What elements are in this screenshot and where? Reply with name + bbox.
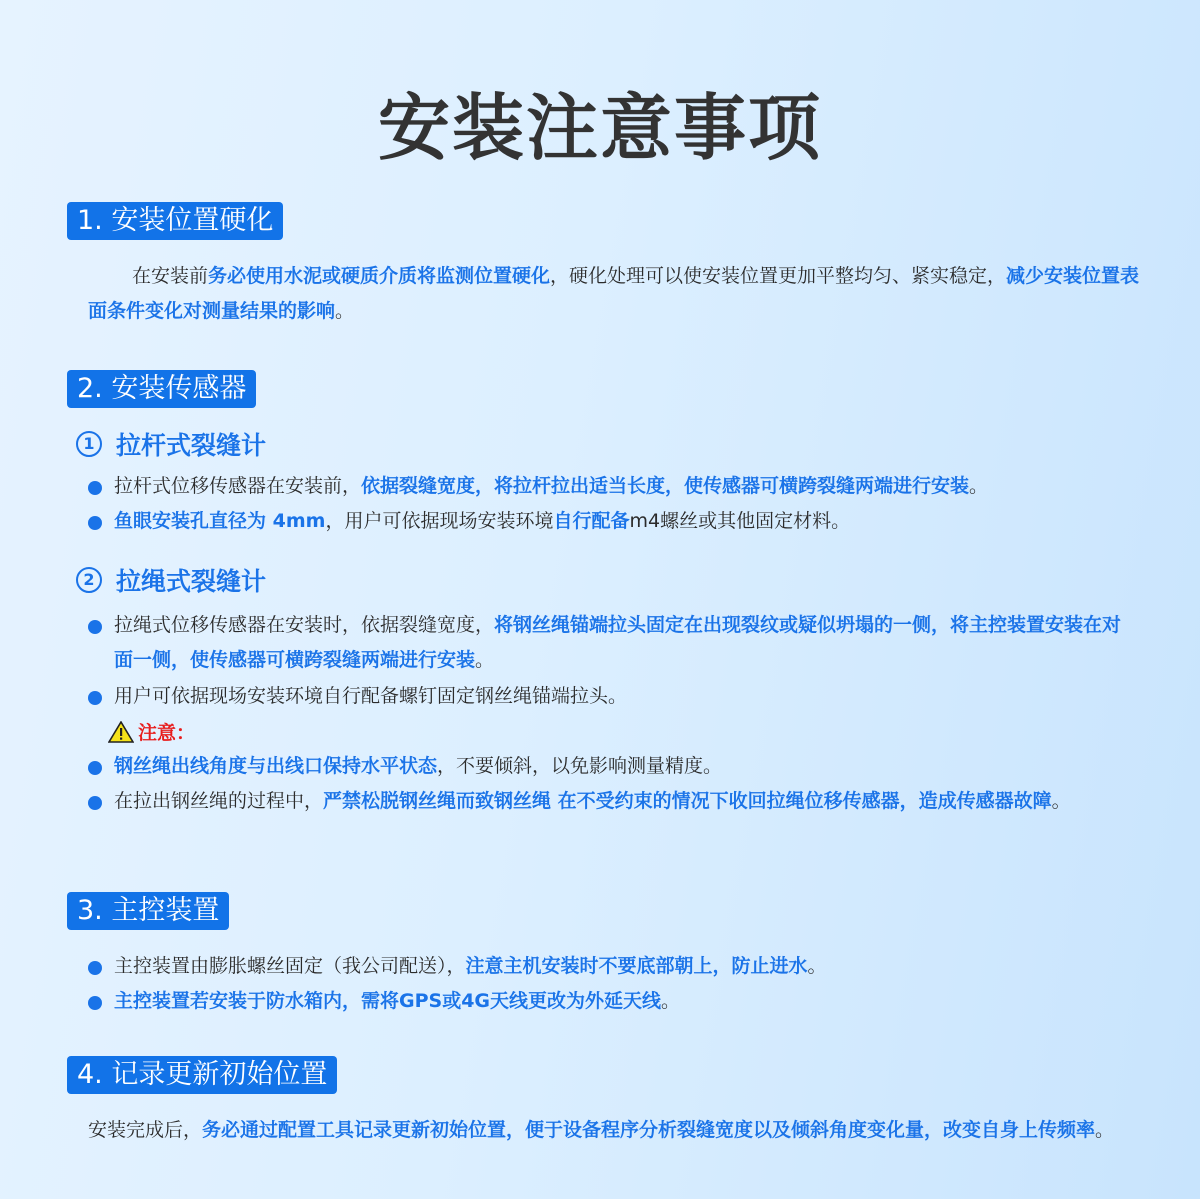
list-item: 钢丝绳出线角度与出线口保持水平状态，不要倾斜，以免影响测量精度。: [88, 749, 1140, 784]
highlight-text: 注意主机安装时不要底部朝上，防止进水: [466, 955, 808, 977]
highlight-text: 务必使用水泥或硬质介质将监测位置硬化: [208, 265, 550, 287]
section-2-label: 2. 安装传感器: [67, 370, 256, 408]
text-run: ，用户可依据现场安装环境: [325, 510, 553, 532]
list-item: 拉绳式位移传感器在安装时，依据裂缝宽度，将钢丝绳锚端拉头固定在出现裂纹或疑似坍塌…: [88, 608, 1130, 678]
circled-number-icon: 1: [76, 431, 102, 457]
list-item: 主控装置若安装于防水箱内，需将GPS或4G天线更改为外延天线。: [88, 984, 1140, 1019]
subsection-rope-title: 2 拉绳式裂缝计: [76, 562, 266, 598]
circled-number-icon: 2: [76, 567, 102, 593]
text-run: 。: [969, 475, 988, 497]
bullet-dot-icon: [88, 516, 102, 530]
subsection-rod-title: 1 拉杆式裂缝计: [76, 426, 266, 462]
text-run: 。: [661, 990, 680, 1012]
text-run: 主控装置由膨胀螺丝固定（我公司配送），: [114, 955, 466, 977]
text-run: ，硬化处理可以使安装位置更加平整均匀、紧实稳定，: [550, 265, 1006, 287]
text-run: 拉杆式位移传感器在安装前，: [114, 475, 361, 497]
highlight-text: 鱼眼安装孔直径为 4mm: [114, 510, 325, 532]
text-run: m4螺丝或其他固定材料。: [629, 510, 850, 532]
highlight-text: 钢丝绳出线角度与出线口保持水平状态: [114, 755, 437, 777]
section-3-label: 3. 主控装置: [67, 892, 229, 930]
text-run: 在安装前: [132, 265, 208, 287]
section-4-paragraph: 安装完成后，务必通过配置工具记录更新初始位置，便于设备程序分析裂缝宽度以及倾斜角…: [88, 1113, 1142, 1148]
text-run: 用户可依据现场安装环境自行配备螺钉固定钢丝绳锚端拉头。: [114, 685, 627, 707]
list-item: 主控装置由膨胀螺丝固定（我公司配送），注意主机安装时不要底部朝上，防止进水。: [88, 949, 1140, 984]
bullet-dot-icon: [88, 481, 102, 495]
list-item: 用户可依据现场安装环境自行配备螺钉固定钢丝绳锚端拉头。: [88, 679, 1140, 714]
warning-label: 注意：: [108, 718, 195, 745]
text-run: 。: [475, 649, 494, 671]
text-run: 。: [1095, 1119, 1114, 1141]
text-run: 拉绳式位移传感器在安装时，依据裂缝宽度，: [114, 614, 494, 636]
highlight-text: 务必通过配置工具记录更新初始位置，便于设备程序分析裂缝宽度以及倾斜角度变化量，改…: [202, 1119, 1095, 1141]
bullet-dot-icon: [88, 620, 102, 634]
page-title: 安装注意事项: [0, 70, 1200, 174]
list-item: 鱼眼安装孔直径为 4mm，用户可依据现场安装环境自行配备m4螺丝或其他固定材料。: [88, 504, 1140, 539]
highlight-text: 依据裂缝宽度，将拉杆拉出适当长度，使传感器可横跨裂缝两端进行安装: [361, 475, 969, 497]
highlight-text: 主控装置若安装于防水箱内，需将GPS或4G天线更改为外延天线: [114, 990, 661, 1012]
bullet-dot-icon: [88, 961, 102, 975]
subsection-title-text: 拉绳式裂缝计: [116, 562, 266, 598]
text-run: 在拉出钢丝绳的过程中，: [114, 790, 323, 812]
list-item: 在拉出钢丝绳的过程中，严禁松脱钢丝绳而致钢丝绳 在不受约束的情况下收回拉绳位移传…: [88, 784, 1120, 819]
section-1-paragraph: 在安装前务必使用水泥或硬质介质将监测位置硬化，硬化处理可以使安装位置更加平整均匀…: [88, 259, 1142, 329]
warning-label-text: 注意：: [138, 718, 195, 745]
bullet-dot-icon: [88, 761, 102, 775]
section-4-label: 4. 记录更新初始位置: [67, 1056, 337, 1094]
text-run: 安装完成后，: [88, 1119, 202, 1141]
highlight-text: 严禁松脱钢丝绳而致钢丝绳 在不受约束的情况下收回拉绳位移传感器，造成传感器故障: [323, 790, 1052, 812]
highlight-text: 自行配备: [553, 510, 629, 532]
section-1-label: 1. 安装位置硬化: [67, 202, 283, 240]
text-run: 。: [1052, 790, 1071, 812]
bullet-dot-icon: [88, 996, 102, 1010]
text-run: 。: [808, 955, 827, 977]
text-run: 。: [335, 300, 354, 322]
text-run: ，不要倾斜，以免影响测量精度。: [437, 755, 722, 777]
bullet-dot-icon: [88, 796, 102, 810]
subsection-title-text: 拉杆式裂缝计: [116, 426, 266, 462]
install-notes-page: 安装注意事项 1. 安装位置硬化 在安装前务必使用水泥或硬质介质将监测位置硬化，…: [0, 0, 1200, 1199]
list-item: 拉杆式位移传感器在安装前，依据裂缝宽度，将拉杆拉出适当长度，使传感器可横跨裂缝两…: [88, 469, 1140, 504]
warning-triangle-icon: [108, 721, 134, 743]
bullet-dot-icon: [88, 691, 102, 705]
